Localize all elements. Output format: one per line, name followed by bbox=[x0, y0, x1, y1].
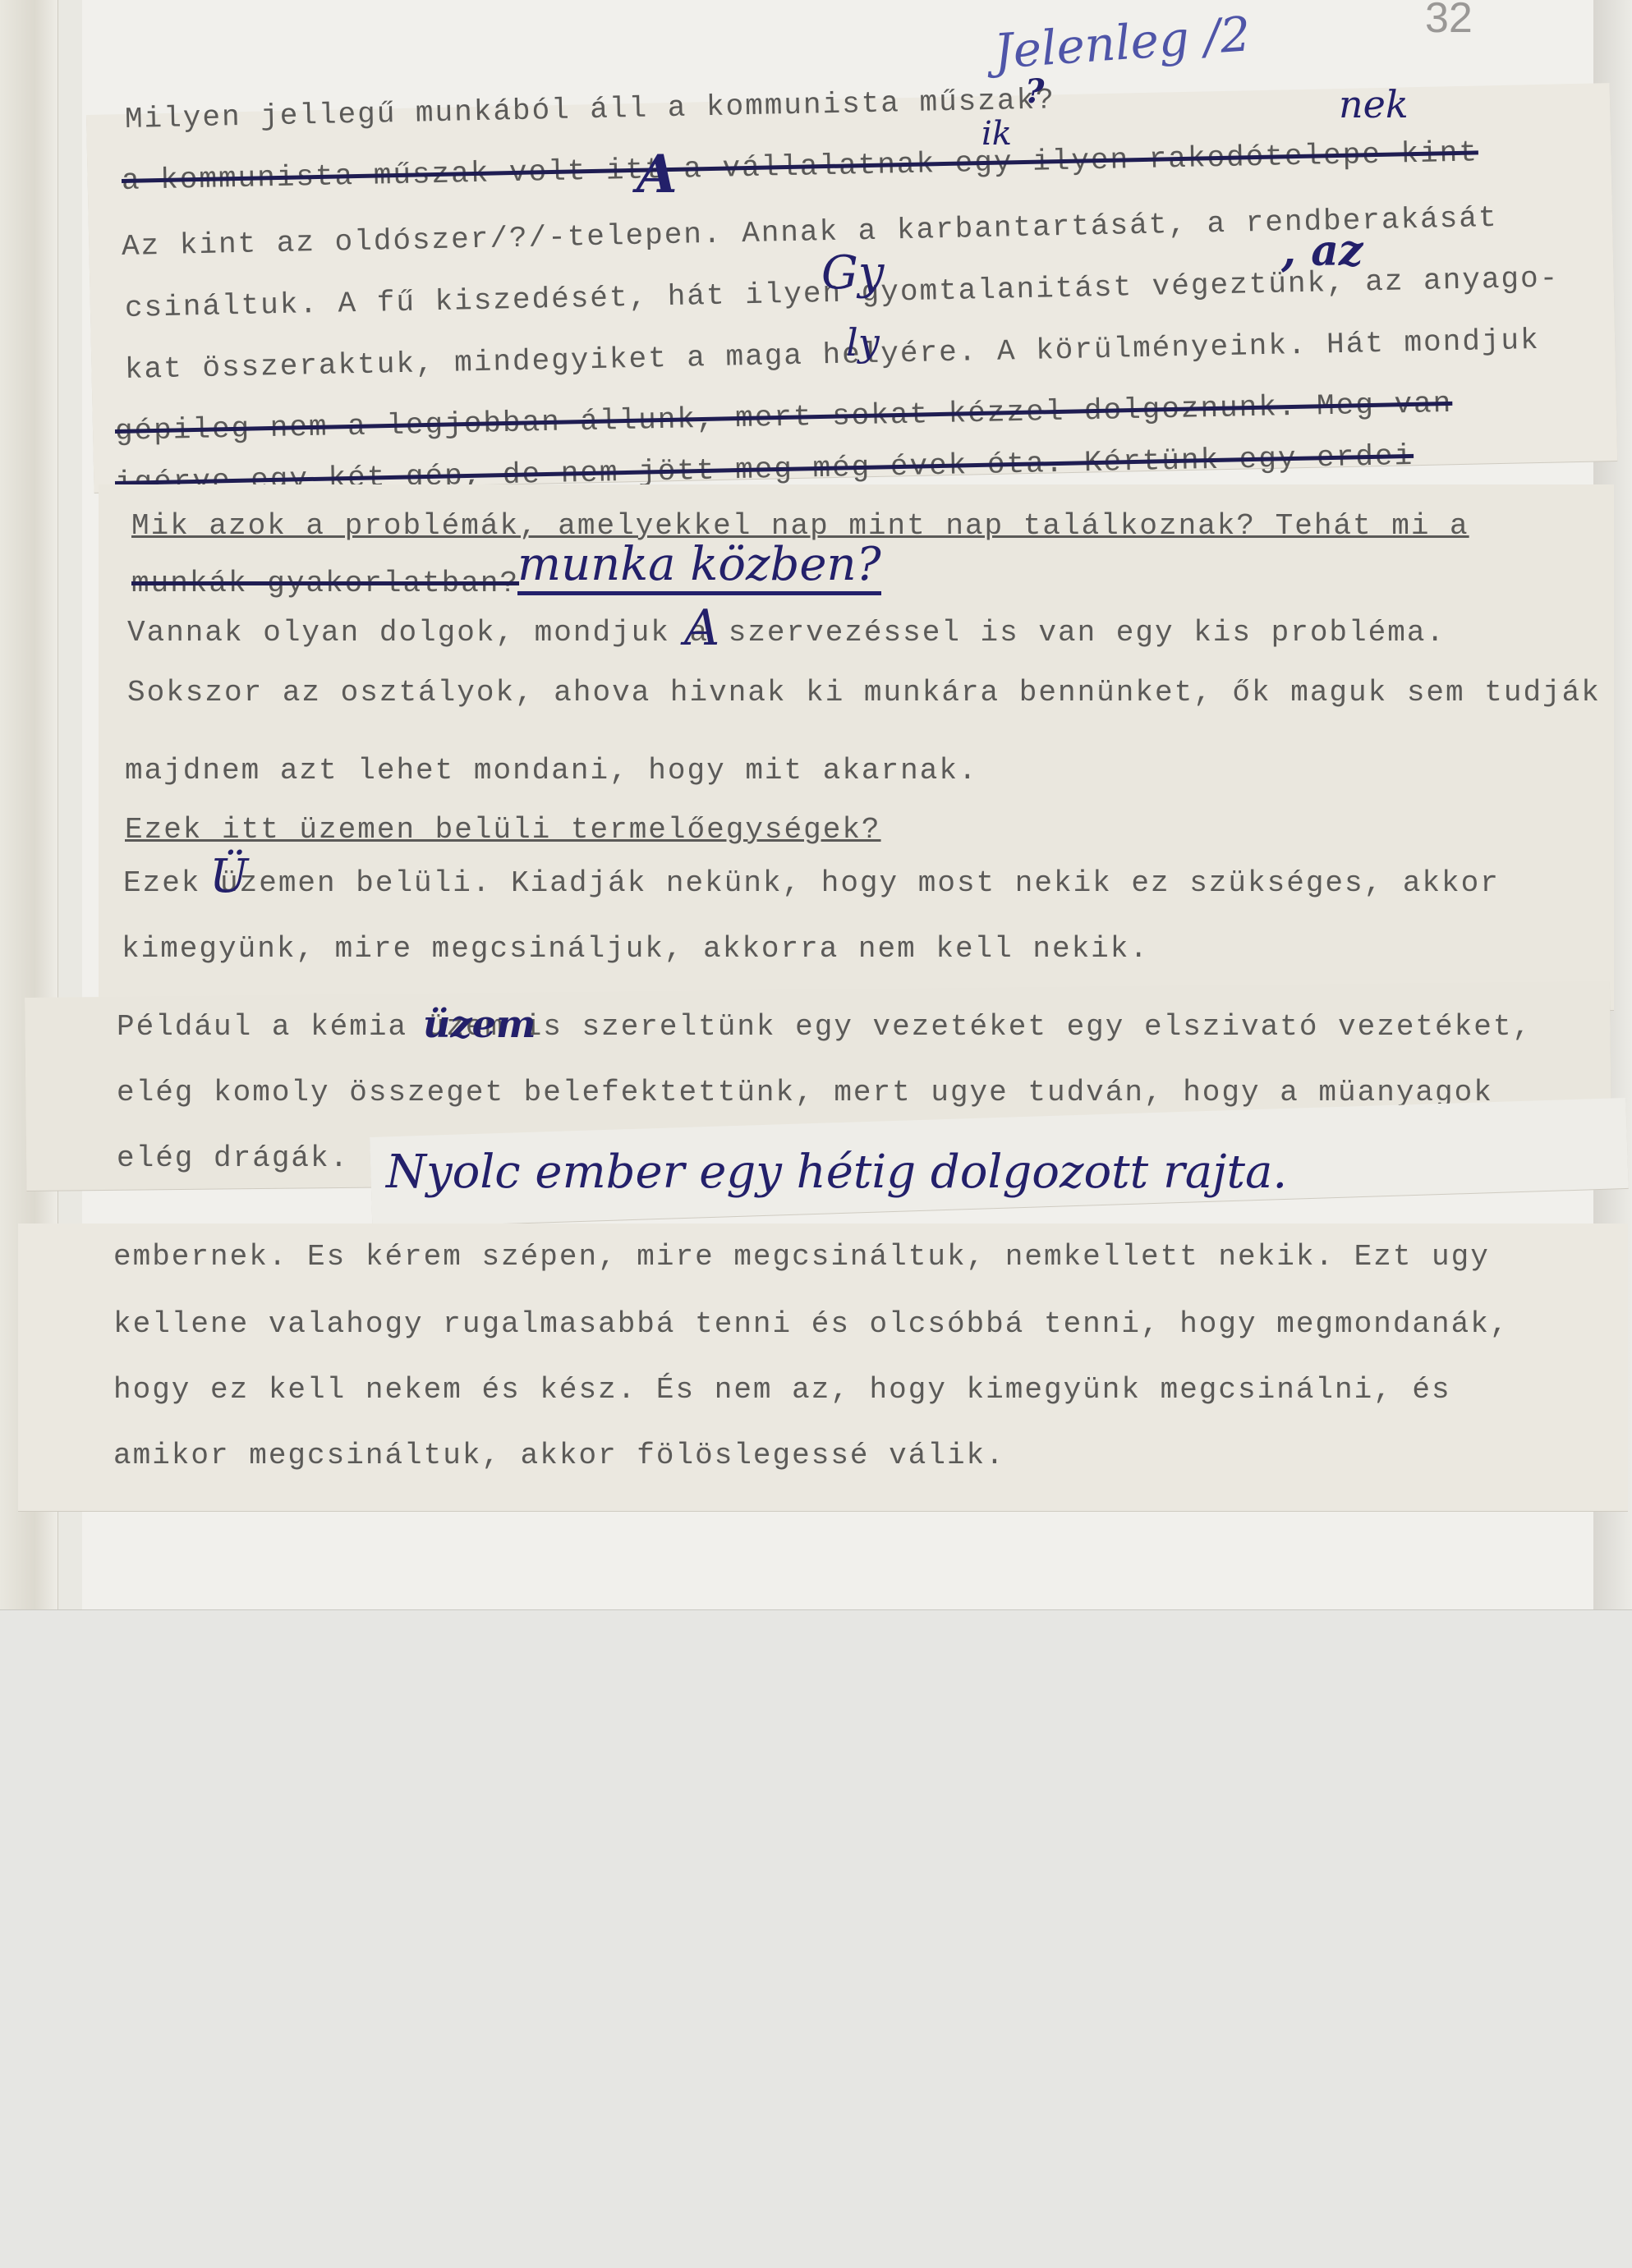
typed-line-17: elég komoly összeget belefektettünk, mer… bbox=[117, 1076, 1493, 1109]
insert-a1: A bbox=[637, 144, 678, 205]
page-number: 32 bbox=[1425, 0, 1473, 43]
typed-line-14: Ezek üzemen belüli. Kiadják nekünk, hogy… bbox=[123, 866, 1500, 900]
underlined-text: Ezek itt üzemen belüli termelőegységek? bbox=[125, 813, 881, 847]
insert-ly: ly bbox=[846, 320, 880, 365]
insert-gy: Gy bbox=[821, 246, 884, 300]
insert-comma-az: , az bbox=[1281, 226, 1363, 276]
typed-line-20: kellene valahogy rugalmasabbá tenni és o… bbox=[113, 1307, 1509, 1341]
typed-line-11: Sokszor az osztályok, ahova hivnak ki mu… bbox=[127, 676, 1601, 709]
typed-line-21: hogy ez kell nekem és kész. És nem az, h… bbox=[113, 1373, 1451, 1407]
typed-line-18: elég drágák. bbox=[117, 1141, 349, 1175]
typed-line-13: Ezek itt üzemen belüli termelőegységek? bbox=[125, 813, 881, 847]
typed-line-12: majdnem azt lehet mondani, hogy mit akar… bbox=[125, 754, 978, 787]
insert-question: ? bbox=[1025, 72, 1044, 111]
replace-munka-kozben: munka közben? bbox=[517, 538, 881, 595]
typed-line-15: kimegyünk, mire megcsináljuk, akkorra ne… bbox=[122, 932, 1149, 966]
typed-line-16: Például a kémia üzem is szereltünk egy v… bbox=[117, 1010, 1532, 1044]
insert-u: Ü bbox=[209, 850, 248, 903]
insert-uzem: üzem bbox=[423, 1002, 536, 1046]
typed-line-19: embernek. Es kérem szépen, mire megcsiná… bbox=[113, 1240, 1490, 1274]
insert-nek: nek bbox=[1339, 82, 1409, 126]
handwritten-line: Nyolc ember egy hétig dolgozott rajta. bbox=[386, 1145, 1287, 1199]
typed-line-9: munkák gyakorlatban? bbox=[131, 567, 519, 600]
base-sheet bbox=[0, 1609, 1632, 2268]
typed-line-10: Vannak olyan dolgok, mondjuk a szervezés… bbox=[127, 616, 1446, 650]
insert-ik: ik bbox=[981, 115, 1012, 153]
struck-text: munkák gyakorlatban? bbox=[131, 567, 519, 600]
insert-a2: A bbox=[684, 599, 719, 657]
typed-line-22: amikor megcsináltuk, akkor fölöslegessé … bbox=[113, 1439, 1005, 1472]
